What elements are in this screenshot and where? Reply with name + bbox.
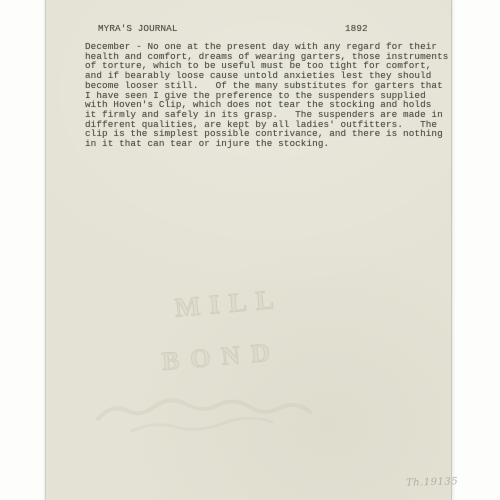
watermark-line-1: MILL [103,277,355,330]
journal-title: MYRA'S JOURNAL [98,23,178,34]
journal-entry-text: December - No one at the present day wit… [85,42,467,149]
watermark-squiggle [92,385,332,435]
paper-watermark: MILL BOND [103,277,359,381]
scanned-document-canvas: MYRA'S JOURNAL 1892 December - No one at… [0,0,500,500]
watermark-line-2: BOND [84,330,360,384]
journal-year: 1892 [345,23,368,34]
journal-page: MYRA'S JOURNAL 1892 December - No one at… [45,0,452,500]
accession-number-pencil: Th.19135 [406,476,458,489]
